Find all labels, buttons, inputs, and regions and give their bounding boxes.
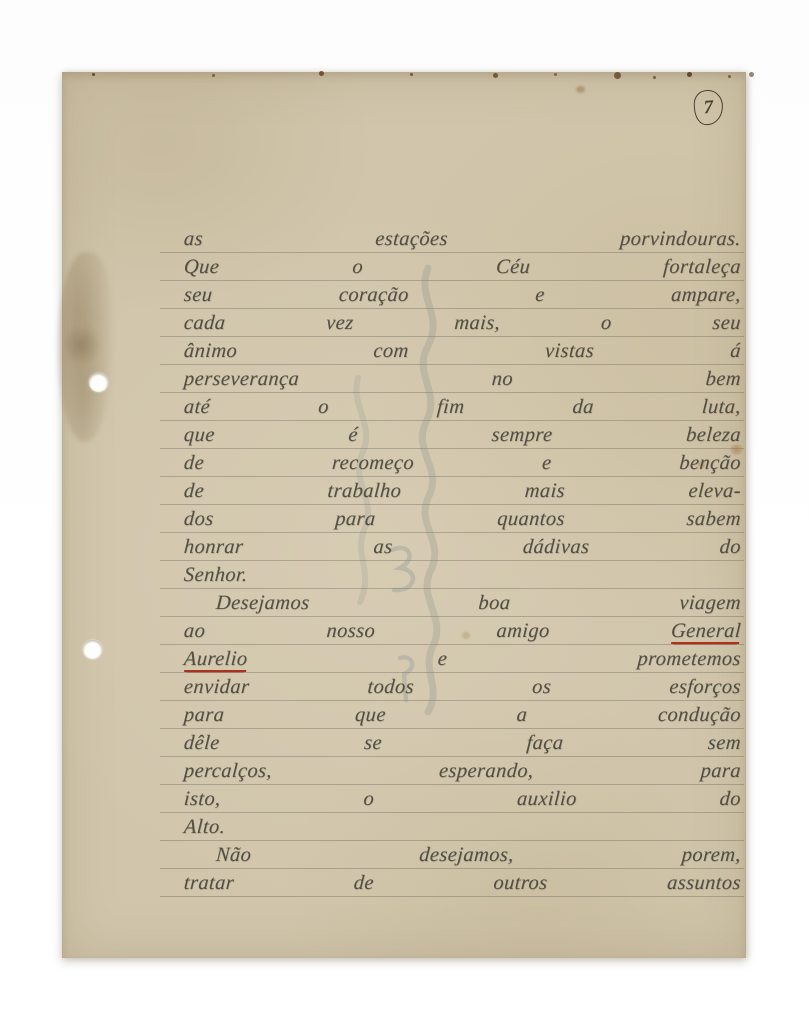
manuscript-line: ânimo com vistas á — [183, 337, 742, 365]
manuscript-line: isto, o auxilio do — [183, 785, 742, 813]
manuscript-line: percalços, esperando, para — [183, 757, 742, 785]
top-edge-burn-specks — [92, 73, 95, 76]
manuscript-line: ao nosso amigo General — [183, 617, 742, 645]
left-edge-stain-dark — [64, 322, 98, 368]
page-number: 7 — [703, 96, 714, 119]
manuscript-line: dos para quantos sabem — [183, 505, 742, 533]
manuscript-line: de recomeço e benção — [183, 449, 742, 477]
handwritten-text: Senhor. — [183, 564, 248, 586]
handwritten-text: tratar de outros assuntos — [183, 872, 742, 894]
manuscript-line: envidar todos os esforços — [183, 673, 742, 701]
handwritten-text: para que a condução — [183, 704, 742, 726]
manuscript-line: até o fim da luta, — [183, 393, 742, 421]
manuscript-line: de trabalho mais eleva- — [183, 477, 742, 505]
handwritten-text: Que o Céu fortaleça — [183, 256, 742, 278]
manuscript-page: 7 as estações porvindouras.Que o Céu for… — [62, 72, 746, 958]
manuscript-line: seu coração e ampare, — [183, 281, 742, 309]
handwritten-text: dêle se faça sem — [183, 732, 742, 754]
manuscript-line: Que o Céu fortaleça — [183, 253, 742, 281]
handwritten-text: percalços, esperando, para — [183, 760, 742, 782]
handwritten-text: ao nosso amigo — [183, 620, 672, 642]
handwritten-text: honrar as dádivas do — [183, 536, 742, 558]
handwritten-text: isto, o auxilio do — [183, 788, 742, 810]
handwritten-text: dos para quantos sabem — [183, 508, 742, 530]
handwritten-text: até o fim da luta, — [183, 396, 742, 418]
manuscript-line: tratar de outros assuntos — [183, 869, 742, 897]
manuscript-line: para que a condução — [183, 701, 742, 729]
handwritten-text: Desejamos boa viagem — [215, 592, 742, 614]
red-underlined-word: Aurelio — [183, 648, 248, 670]
handwritten-text: Alto. — [183, 816, 226, 838]
manuscript-line: Aurelio e prometemos — [183, 645, 742, 673]
manuscript-line: Não desejamos, porem, — [183, 841, 742, 869]
punch-hole-top — [89, 373, 108, 392]
handwritten-text: ânimo com vistas á — [183, 340, 742, 362]
handwritten-text: envidar todos os esforços — [183, 676, 742, 698]
handwritten-text: de trabalho mais eleva- — [183, 480, 742, 502]
manuscript-line: dêle se faça sem — [183, 729, 742, 757]
red-underlined-word: General — [670, 620, 742, 642]
manuscript-line: honrar as dádivas do — [183, 533, 742, 561]
foxing-spot — [576, 86, 585, 93]
handwritten-text: as estações porvindouras. — [183, 228, 742, 250]
handwritten-text: de recomeço e benção — [183, 452, 742, 474]
manuscript-line: Senhor. — [183, 561, 742, 589]
handwritten-text: e prometemos — [247, 648, 742, 670]
punch-hole-bottom — [83, 640, 102, 659]
manuscript-line: as estações porvindouras. — [183, 225, 742, 253]
manuscript-line: que é sempre beleza — [183, 421, 742, 449]
handwritten-text: Não desejamos, porem, — [215, 844, 742, 866]
handwritten-text: perseverança no bem — [183, 368, 742, 390]
manuscript-line: Desejamos boa viagem — [183, 589, 742, 617]
manuscript-line: cada vez mais, o seu — [183, 309, 742, 337]
handwritten-text: cada vez mais, o seu — [183, 312, 742, 334]
page-number-badge: 7 — [693, 89, 724, 126]
manuscript-line: perseverança no bem — [183, 365, 742, 393]
handwritten-text: seu coração e ampare, — [183, 284, 742, 306]
manuscript-lines: as estações porvindouras.Que o Céu forta… — [183, 225, 740, 897]
handwritten-text: que é sempre beleza — [183, 424, 742, 446]
manuscript-line: Alto. — [183, 813, 742, 841]
